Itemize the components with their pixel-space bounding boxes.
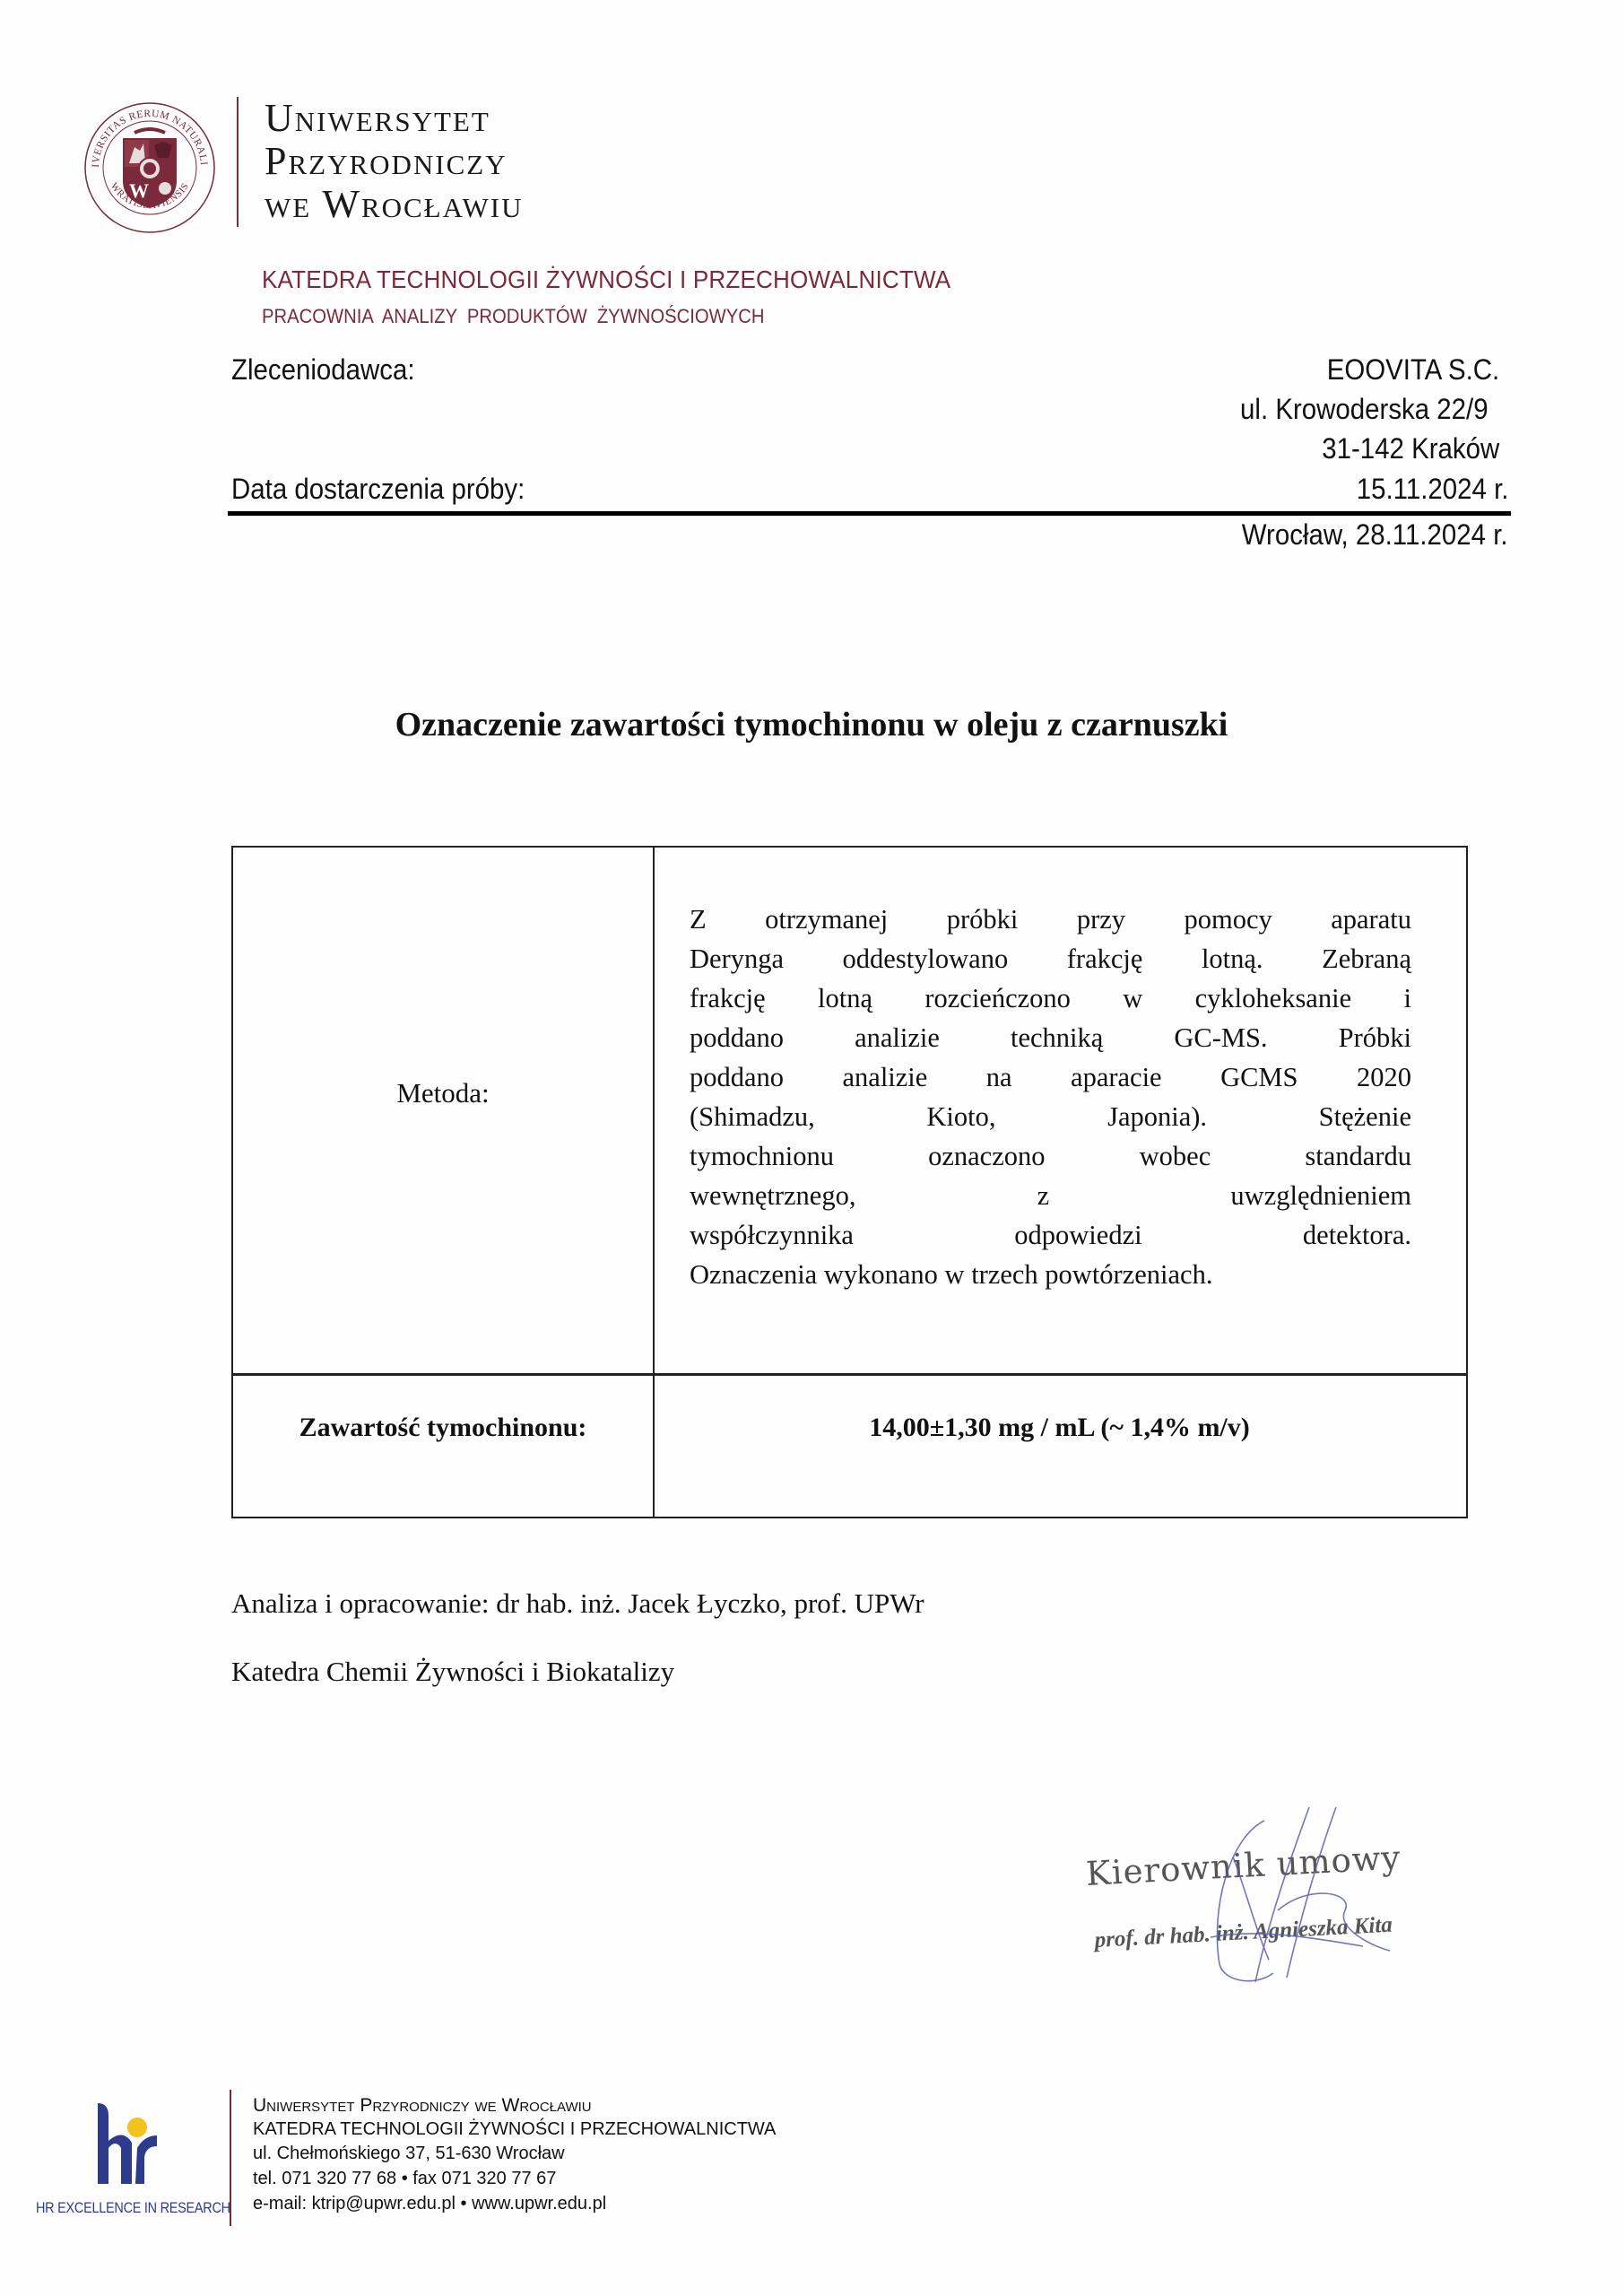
footer-divider [230,2090,231,2226]
signature-stamp: Kierownik umowy prof. dr hab. inż. Agnie… [1076,1803,1453,2000]
university-seal-logo: UNIVERSITAS RERUM NATURALIUM WRATISLAVIE… [82,100,217,235]
thymoquinone-content-value: 14,00±1,30 mg / mL (~ 1,4% m/v) [653,1413,1466,1443]
client-street: ul. Krowoderska 22/9 [1240,395,1488,423]
analyst-credit: Analiza i opracowanie: dr hab. inż. Jace… [231,1587,924,1620]
footer-department: KATEDRA TECHNOLOGII ŻYWNOŚCI I PRZECHOWA… [253,2120,776,2138]
header-divider [237,97,239,227]
method-description-line: poddanoanalizietechnikąGC-MS.Próbki [690,1018,1411,1057]
method-description: ZotrzymanejpróbkiprzypomocyaparatuDeryng… [690,900,1411,1294]
svg-text:W: W [129,179,149,202]
method-description-line: Zotrzymanejpróbkiprzypomocyaparatu [690,900,1411,939]
method-description-line: tymochnionuoznaczonowobecstandardu [690,1136,1411,1176]
client-city: 31-142 Kraków [1322,434,1499,463]
department-name: KATEDRA TECHNOLOGII ŻYWNOŚCI I PRZECHOWA… [262,265,950,294]
hr-excellence-label: HR EXCELLENCE IN RESEARCH [36,2199,230,2217]
result-table: Metoda: Zotrzymanejpróbkiprzypomocyapara… [231,846,1468,1518]
delivery-date: 15.11.2024 r. [1356,474,1508,503]
footer-phone-fax: tel. 071 320 77 68 • fax 071 320 77 67 [253,2170,556,2187]
method-description-line: Oznaczenia wykonano w trzech powtórzenia… [690,1255,1411,1294]
method-description-line: wewnętrznego,zuwzględnieniem [690,1176,1411,1215]
client-name: EOOVITA S.C. [1327,355,1499,384]
method-description-line: (Shimadzu,Kioto,Japonia).Stężenie [690,1097,1411,1136]
handwritten-signature-icon [1076,1803,1453,2000]
header-rule [228,511,1511,516]
university-name-line-2: Przyrodniczy [265,142,508,181]
method-description-line: Deryngaoddestylowanofrakcjęlotną.Zebraną [690,939,1411,978]
footer-email-web: e-mail: ktrip@upwr.edu.pl • www.upwr.edu… [253,2195,606,2213]
method-description-line: współczynnikaodpowiedzidetektora. [690,1215,1411,1255]
university-name-line-3: we Wrocławiu [265,185,523,224]
footer-address: ul. Chełmońskiego 37, 51-630 Wrocław [253,2144,565,2162]
place-and-date: Wrocław, 28.11.2024 r. [1242,520,1508,549]
method-description-line: poddanoanalizienaaparacieGCMS2020 [690,1057,1411,1097]
delivery-date-label: Data dostarczenia próby: [231,474,525,503]
method-label: Metoda: [233,1077,653,1109]
thymoquinone-content-label: Zawartość tymochinonu: [233,1413,653,1443]
hr-excellence-logo [85,2103,166,2184]
lab-name: PRACOWNIA ANALIZY PRODUKTÓW ŻYWNOŚCIOWYC… [262,305,764,328]
method-description-line: frakcjęlotnąrozcieńczonowcykloheksaniei [690,978,1411,1018]
analyst-department: Katedra Chemii Żywności i Biokatalizy [231,1656,674,1688]
document-title: Oznaczenie zawartości tymochinonu w olej… [0,705,1623,744]
table-row-divider [233,1373,1466,1376]
university-name-line-1: Uniwersytet [265,99,490,138]
footer-university: Uniwersytet Przyrodniczy we Wrocławiu [253,2096,592,2115]
client-label: Zleceniodawca: [231,355,415,384]
